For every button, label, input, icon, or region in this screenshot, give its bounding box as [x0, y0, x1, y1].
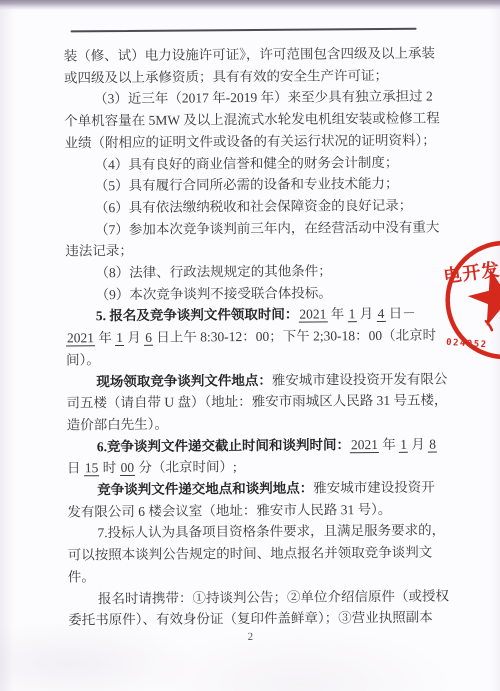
- horizontal-rule: [71, 28, 417, 33]
- text-segment: 报名时请携带：①持谈判公告；②单位介绍信原件（或授权: [98, 588, 449, 606]
- underlined-value: 15: [84, 461, 100, 477]
- text-line: （4）具有良好的商业信誉和健全的财务会计制度；: [65, 151, 445, 176]
- text-line: （5）具有履行合同所必需的设备和专业技术能力；: [65, 173, 445, 198]
- text-segment: 时: [99, 460, 119, 475]
- text-segment: 年: [379, 436, 399, 451]
- text-line: 造价部白先生）。: [67, 411, 447, 436]
- text-segment: 造价部白先生）。: [67, 417, 168, 433]
- text-line: 个单机容量在 5MW 及以上混流式水轮发电机组安装或检修工程: [64, 108, 444, 133]
- underlined-value: 8: [428, 436, 437, 452]
- text-line: 现场领取竞争谈判文件地点：雅安城市建设投资开发有限公: [66, 368, 446, 393]
- text-line: 间）。: [66, 346, 446, 371]
- text-segment: 分（北京时间）;: [135, 459, 237, 475]
- underlined-value: 6: [144, 330, 153, 346]
- underlined-value: 2021: [66, 330, 95, 346]
- text-line: （3）近三年（2017 年-2019 年）来至少具有独立承担过 2: [64, 86, 444, 111]
- text-segment: （9）本次竞争谈判不接受联合体投标。: [96, 285, 332, 302]
- text-segment: （7）参加本次竞争谈判前三年内，在经营活动中没有重大: [95, 219, 439, 237]
- text-line: 2021 年 1 月 6 日上午 8:30-12：00；下午 2;30-18：0…: [66, 325, 446, 350]
- underlined-value: 4: [376, 306, 385, 322]
- text-segment: （6）具有依法缴纳税收和社会保障资金的良好记录；: [95, 198, 412, 215]
- underlined-value: 1: [115, 330, 124, 346]
- text-line: 6.竞争谈判文件递交截止时间和谈判时间：2021 年 1 月 8: [67, 433, 447, 458]
- text-segment: 年: [327, 307, 347, 322]
- text-line: 违法记录；: [65, 238, 445, 263]
- underlined-value: 00: [120, 460, 136, 476]
- scanned-document-page: 装（修、试）电力设施许可证》，许可范围包含四级及以上承装或四级及以上承修资质；具…: [0, 0, 500, 691]
- underlined-value: 2021: [350, 437, 379, 453]
- text-segment: 间）。: [66, 352, 100, 367]
- text-line: 司五楼（请自带 U 盘）（地址：雅安市雨城区人民路 31 号五楼，: [66, 390, 446, 415]
- text-line: 业绩（附相应的证明文件或设备的有关运行状况的证明资料）；: [64, 129, 444, 154]
- text-segment: 7.投标人认为具备项目资格条件要求，且满足服务要求的，: [97, 523, 445, 541]
- text-line: 7.投标人认为具备项目资格条件要求，且满足服务要求的，: [67, 520, 447, 545]
- text-line: 装（修、试）电力设施许可证》，许可范围包含四级及以上承装: [64, 42, 444, 67]
- bold-label: 6.竞争谈判文件递交截止时间和谈判时间：: [97, 437, 350, 454]
- text-line: 件。: [68, 563, 448, 588]
- text-line: （6）具有依法缴纳税收和社会保障资金的良好记录；: [65, 194, 445, 219]
- text-line: 竞争谈判文件递交地点和谈判地点：雅安城市建设投资开: [67, 477, 447, 502]
- text-segment: 发有限公司 6 楼会议室（地址：雅安市人民路 31 号）。: [67, 502, 391, 520]
- bold-label: 5. 报名及竞争谈判文件领取时间：: [96, 307, 299, 324]
- text-line: 发有限公司 6 楼会议室（地址：雅安市人民路 31 号）。: [67, 498, 447, 523]
- text-line: 5. 报名及竞争谈判文件领取时间：2021 年 1 月 4 日－: [66, 303, 446, 328]
- page-number: 2: [242, 631, 258, 643]
- text-segment: 雅安城市建设投资开: [313, 480, 435, 496]
- text-segment: 业绩（附相应的证明文件或设备的有关运行状况的证明资料）；: [64, 132, 435, 150]
- document-body: 装（修、试）电力设施许可证》，许可范围包含四级及以上承装或四级及以上承修资质；具…: [64, 42, 449, 631]
- bold-label: 竞争谈判文件递交地点和谈判地点：: [97, 481, 313, 498]
- seal-serial: 024052: [446, 338, 488, 351]
- paper-content: 装（修、试）电力设施许可证》，许可范围包含四级及以上承装或四级及以上承修资质；具…: [0, 0, 500, 691]
- text-segment: 可以按照本谈判公告规定的时间、地点报名并领取竞争谈判文: [68, 545, 433, 563]
- text-segment: （8）法律、行政法规规定的其他条件；: [95, 263, 331, 280]
- text-segment: 件。: [68, 569, 95, 584]
- text-segment: 月: [124, 330, 144, 345]
- official-seal: 电开发 024052: [439, 234, 500, 366]
- text-line: 日 15 时 00 分（北京时间）;: [67, 455, 447, 480]
- underlined-value: 1: [347, 307, 356, 323]
- text-segment: 月: [356, 306, 376, 321]
- text-segment: 个单机容量在 5MW 及以上混流式水轮发电机组安装或检修工程: [64, 111, 440, 129]
- underlined-value: 1: [399, 436, 408, 452]
- text-line: （9）本次竞争谈判不接受联合体投标。: [66, 281, 446, 306]
- text-line: 可以按照本谈判公告规定的时间、地点报名并领取竞争谈判文: [68, 542, 448, 567]
- text-line: （7）参加本次竞争谈判前三年内，在经营活动中没有重大: [65, 216, 445, 241]
- text-segment: 雅安城市建设投资开发有限公: [272, 371, 448, 387]
- text-segment: 装（修、试）电力设施许可证》，许可范围包含四级及以上承装: [64, 46, 435, 64]
- text-line: 委托书原件）、有效身份证（复印件盖鲜章）；③营业执照副本: [68, 607, 448, 632]
- text-segment: 年: [95, 330, 115, 345]
- text-segment: 日: [67, 461, 84, 476]
- text-segment: 日上午 8:30-12：00；下午 2;30-18：00（北京时: [153, 328, 436, 345]
- text-segment: 或四级及以上承修资质；具有有效的安全生产许可证；: [64, 68, 388, 86]
- text-segment: 月: [408, 436, 428, 451]
- text-line: （8）法律、行政法规规定的其他条件；: [65, 259, 445, 284]
- text-segment: （5）具有履行合同所必需的设备和专业技术能力；: [95, 176, 399, 193]
- text-line: 报名时请携带：①持谈判公告；②单位介绍信原件（或授权: [68, 585, 448, 610]
- underlined-value: 2021: [298, 307, 327, 323]
- text-segment: （3）近三年（2017 年-2019 年）来至少具有独立承担过 2: [94, 89, 433, 107]
- text-segment: 司五楼（请自带 U 盘）（地址：雅安市雨城区人民路 31 号五楼，: [66, 393, 447, 411]
- text-segment: 委托书原件）、有效身份证（复印件盖鲜章）；③营业执照副本: [68, 610, 433, 628]
- text-segment: （4）具有良好的商业信誉和健全的财务会计制度；: [95, 154, 399, 171]
- text-segment: 日－: [385, 306, 415, 321]
- text-line: 或四级及以上承修资质；具有有效的安全生产许可证；: [64, 64, 444, 89]
- bold-label: 现场领取竞争谈判文件地点：: [96, 372, 272, 388]
- text-segment: 违法记录；: [65, 243, 133, 259]
